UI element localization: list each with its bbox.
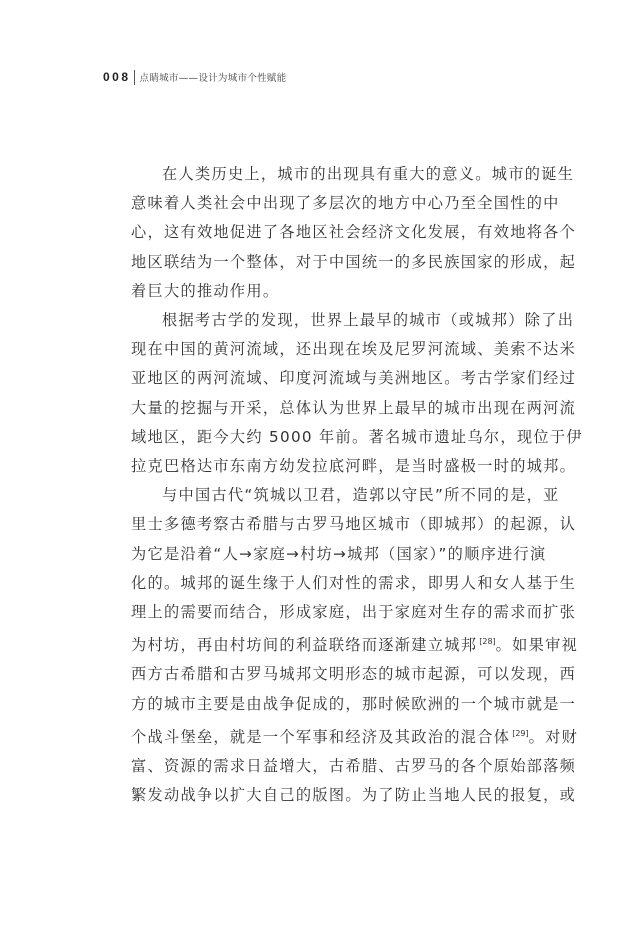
text-line: 大量的挖掘与开采，总体认为世界上最早的城市出现在两河流 (131, 394, 541, 423)
text-segment: 。对财 (529, 728, 578, 746)
text-segment: 。如果审视 (496, 636, 578, 654)
text-segment: 个战斗堡垒，就是一个军事和经济及其政治的混合体 (131, 728, 510, 746)
text-line: 着巨大的推动作用。 (131, 277, 541, 306)
text-line: 与中国古代“筑城以卫君，造郭以守民”所不同的是，亚 (131, 481, 541, 510)
header-divider (134, 70, 135, 85)
paragraph-2: 根据考古学的发现，世界上最早的城市（或城邦）除了出 现在中国的黄河流域，还出现在… (131, 306, 541, 481)
paragraph-1: 在人类历史上，城市的出现具有重大的意义。城市的诞生 意味着人类社会中出现了多层次… (131, 160, 541, 306)
text-line: 富、资源的需求日益增大，古希腊、古罗马的各个原始部落频 (131, 752, 541, 781)
citation-29: [29] (512, 729, 528, 738)
text-line: 方的城市主要是由战争促成的，那时候欧洲的一个城市就是一 (131, 690, 541, 719)
book-title: 点睛城市——设计为城市个性赋能 (140, 70, 287, 84)
body-text: 在人类历史上，城市的出现具有重大的意义。城市的诞生 意味着人类社会中出现了多层次… (131, 160, 541, 810)
text-segment: 为村坊，再由村坊间的利益联络而逐渐建立城邦 (131, 636, 477, 654)
text-line: 域地区，距今大约 5000 年前。著名城市遗址乌尔，现位于伊 (131, 423, 541, 452)
paragraph-3: 与中国古代“筑城以卫君，造郭以守民”所不同的是，亚 里士多德考察古希腊与古罗马地… (131, 481, 541, 810)
text-line: 地区联结为一个整体，对于中国统一的多民族国家的形成，起 (131, 248, 541, 277)
page-number: 008 (103, 70, 131, 84)
running-header: 008 点睛城市——设计为城市个性赋能 (103, 68, 287, 86)
text-line: 化的。城邦的诞生缘于人们对性的需求，即男人和女人基于生 (131, 569, 541, 598)
text-line: 亚地区的两河流域、印度河流域与美洲地区。考古学家们经过 (131, 364, 541, 393)
text-line: 意味着人类社会中出现了多层次的地方中心乃至全国性的中 (131, 189, 541, 218)
text-line: 里士多德考察古希腊与古罗马地区城市（即城邦）的起源，认 (131, 510, 541, 539)
text-line-with-citation: 个战斗堡垒，就是一个军事和经济及其政治的混合体[29]。对财 (131, 719, 541, 752)
text-line: 繁发动战争以扩大自己的版图。为了防止当地人民的报复，或 (131, 781, 541, 810)
text-line: 拉克巴格达市东南方幼发拉底河畔，是当时盛极一时的城邦。 (131, 452, 541, 481)
text-line: 为它是沿着“人→家庭→村坊→城邦（国家）”的顺序进行演 (131, 540, 541, 569)
text-line: 西方古希腊和古罗马城邦文明形态的城市起源，可以发现，西 (131, 660, 541, 689)
text-line-with-citation: 为村坊，再由村坊间的利益联络而逐渐建立城邦[28]。如果审视 (131, 627, 541, 660)
text-line: 心，这有效地促进了各地区社会经济文化发展，有效地将各个 (131, 218, 541, 247)
text-line: 在人类历史上，城市的出现具有重大的意义。城市的诞生 (131, 160, 541, 189)
citation-28: [28] (479, 637, 495, 646)
text-line: 理上的需要而结合，形成家庭，出于家庭对生存的需求而扩张 (131, 598, 541, 627)
text-line: 根据考古学的发现，世界上最早的城市（或城邦）除了出 (131, 306, 541, 335)
text-line: 现在中国的黄河流域，还出现在埃及尼罗河流域、美索不达米 (131, 335, 541, 364)
